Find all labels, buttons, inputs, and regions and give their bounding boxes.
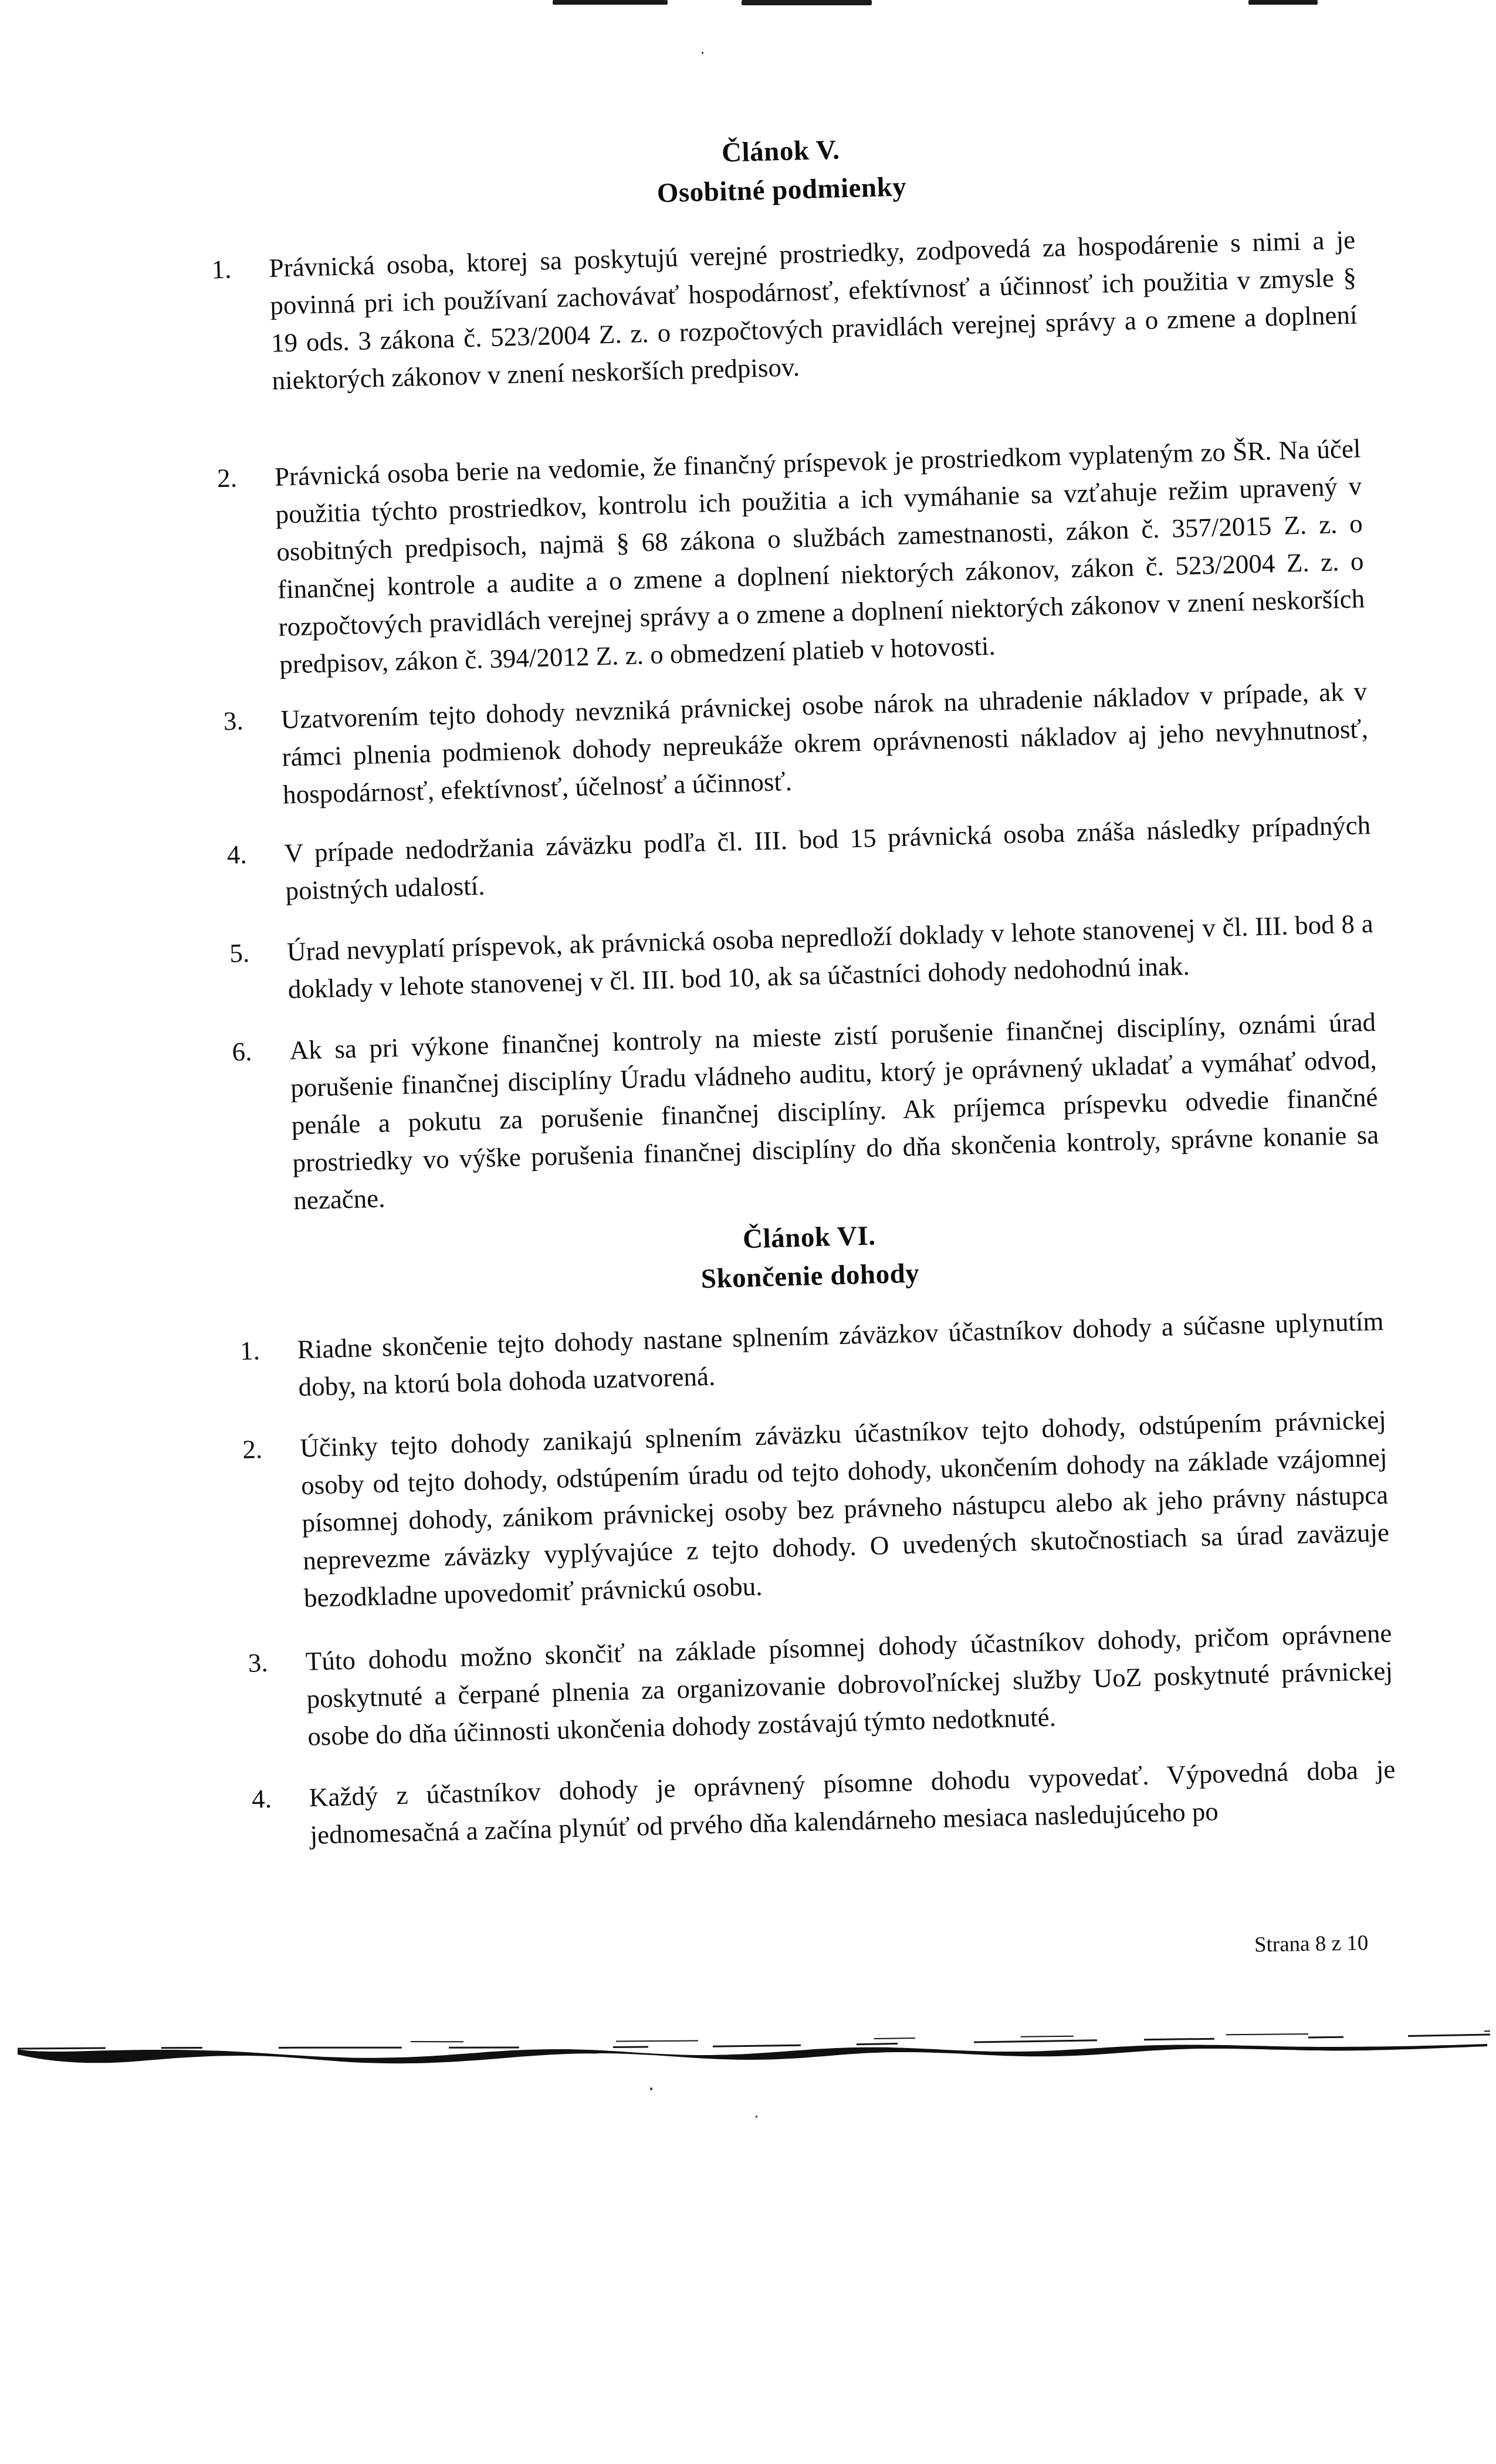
item-text: Uzatvorením tejto dohody nevzniká právni…: [280, 672, 1369, 813]
list-item: 6. Ak sa pri výkone finančnej kontroly n…: [232, 1003, 1380, 1221]
scan-speck: [650, 2087, 652, 2090]
article-vi-section: Článok VI. Skončenie dohody 1. Riadne sk…: [237, 1205, 1397, 1856]
document-page: Článok V. Osobitné podmienky 1. Právnick…: [0, 0, 1496, 2464]
list-item: 3. Túto dohodu možno skončiť na základe …: [248, 1615, 1394, 1757]
scan-speck: [756, 2116, 757, 2118]
page-number: Strana 8 z 10: [1254, 1930, 1368, 1958]
item-text: Riadne skončenie tejto dohody nastane sp…: [297, 1302, 1385, 1406]
item-number: 5.: [229, 933, 287, 972]
list-item: 5. Úrad nevyplatí príspevok, ak právnick…: [229, 905, 1375, 1010]
item-number: 3.: [223, 701, 282, 740]
item-text: Túto dohodu možno skončiť na základe pís…: [305, 1615, 1394, 1755]
item-text: Ak sa pri výkone finančnej kontroly na m…: [289, 1003, 1380, 1219]
scan-artifact-dash: [553, 0, 668, 5]
item-number: 2.: [242, 1429, 301, 1468]
item-text: Každý z účastníkov dohody je oprávnený p…: [309, 1751, 1397, 1854]
item-number: 3.: [248, 1643, 306, 1682]
item-number: 1.: [211, 249, 270, 289]
item-number: 1.: [239, 1331, 298, 1370]
item-text: Úrad nevyplatí príspevok, ak právnická o…: [286, 905, 1375, 1008]
item-text: Účinky tejto dohody zanikajú splnením zá…: [300, 1401, 1391, 1617]
item-text: V prípade nedodržania záväzku podľa čl. …: [284, 806, 1372, 909]
item-text: Právnická osoba berie na vedomie, že fin…: [274, 429, 1366, 683]
list-item: 3. Uzatvorením tejto dohody nevzniká prá…: [223, 672, 1369, 815]
item-text: Právnická osoba, ktorej sa poskytujú ver…: [269, 221, 1359, 399]
item-number: 2.: [216, 458, 275, 497]
item-number: 4.: [226, 835, 285, 874]
article-v-section: Článok V. Osobitné podmienky 1. Právnick…: [208, 119, 1380, 1220]
list-item: 2. Účinky tejto dohody zanikajú splnením…: [242, 1401, 1391, 1619]
item-number: 6.: [232, 1031, 290, 1071]
scan-speck: [702, 52, 703, 54]
article-items: 1. Právnická osoba, ktorej sa poskytujú …: [211, 221, 1380, 1220]
article-items: 1. Riadne skončenie tejto dohody nastane…: [239, 1302, 1397, 1856]
list-item: 1. Právnická osoba, ktorej sa poskytujú …: [211, 221, 1359, 401]
list-item: 2. Právnická osoba berie na vedomie, že …: [216, 429, 1366, 685]
list-item: 1. Riadne skončenie tejto dohody nastane…: [239, 1302, 1385, 1407]
scan-artifact-dash: [1248, 0, 1318, 5]
scan-artifact-dash: [742, 0, 872, 5]
list-item: 4. Každý z účastníkov dohody je oprávnen…: [251, 1751, 1397, 1856]
list-item: 4. V prípade nedodržania záväzku podľa č…: [226, 806, 1372, 911]
scan-artifact-line: [0, 2018, 1496, 2089]
document-content: Článok V. Osobitné podmienky 1. Právnick…: [208, 119, 1397, 1855]
item-number: 4.: [251, 1779, 310, 1818]
